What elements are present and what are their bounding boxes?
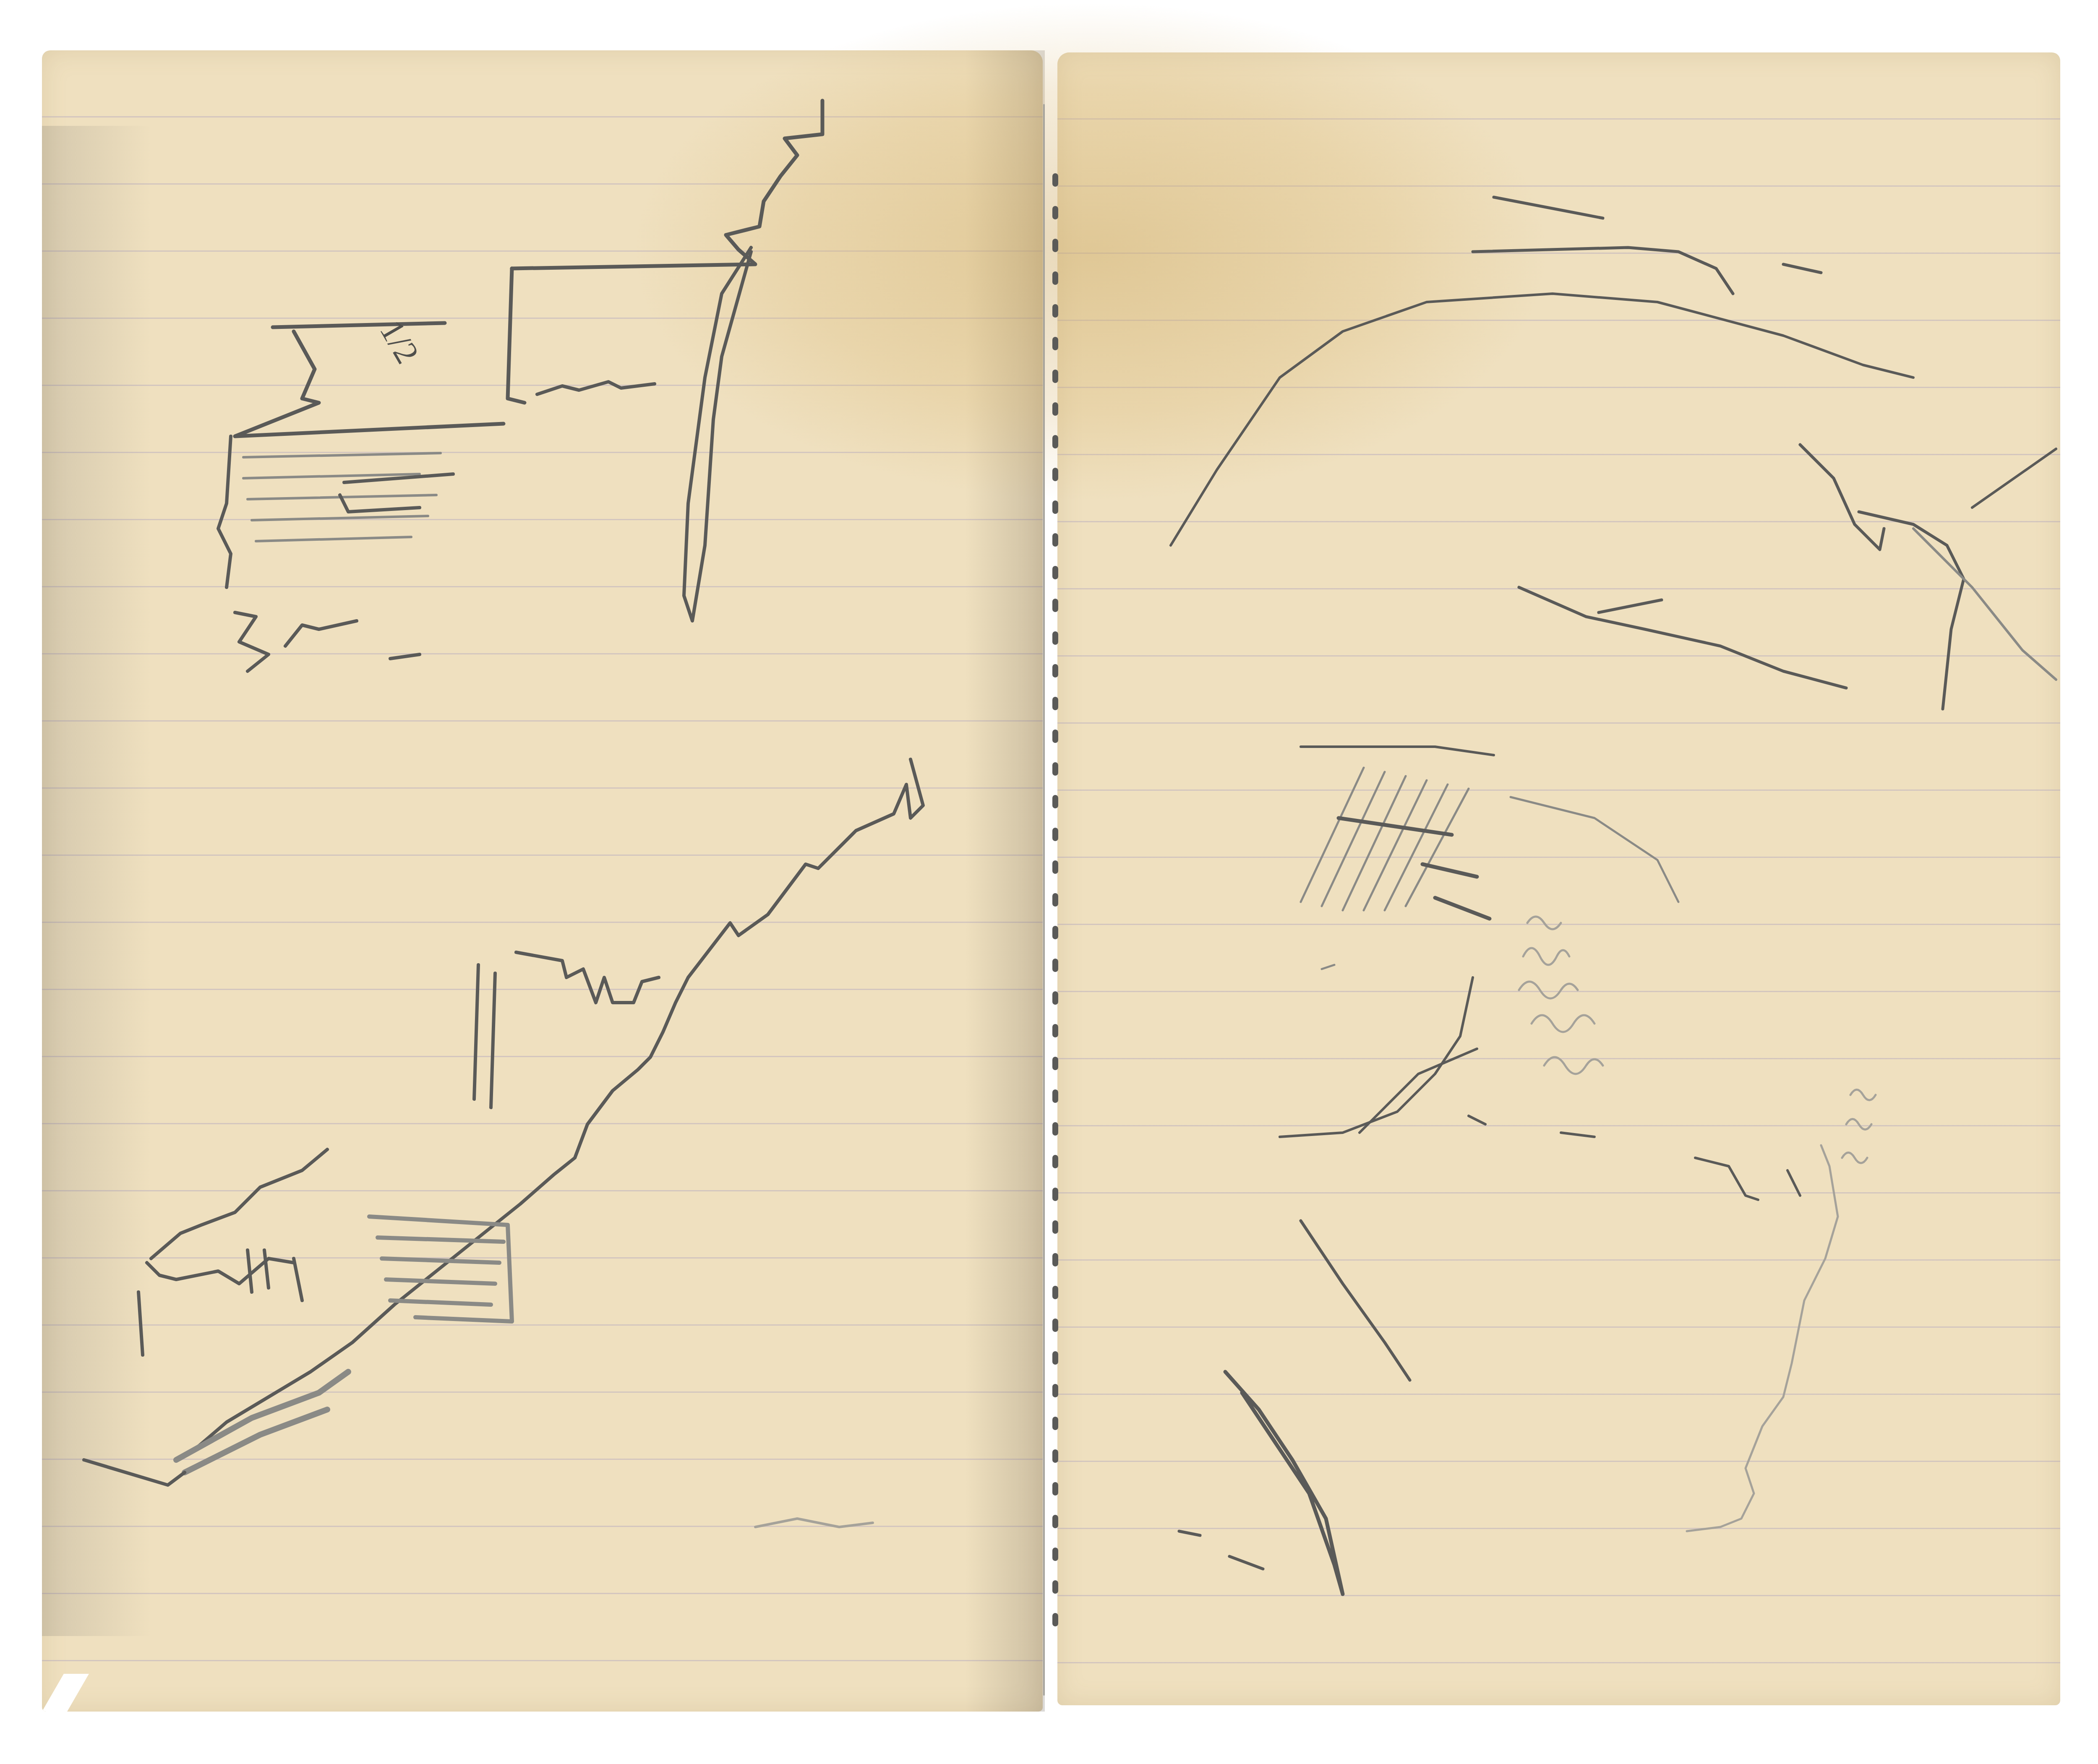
scribbled-notes xyxy=(1519,917,1876,1163)
pencil-drawing xyxy=(0,0,2098,1764)
binding-stitch-marks xyxy=(1044,105,1055,1695)
sketchbook-spread: 1/2 xyxy=(0,0,2098,1764)
right-figure-sketch xyxy=(1171,197,2056,1594)
left-building-sketch xyxy=(218,101,822,671)
left-staircase-sketch xyxy=(84,759,923,1527)
